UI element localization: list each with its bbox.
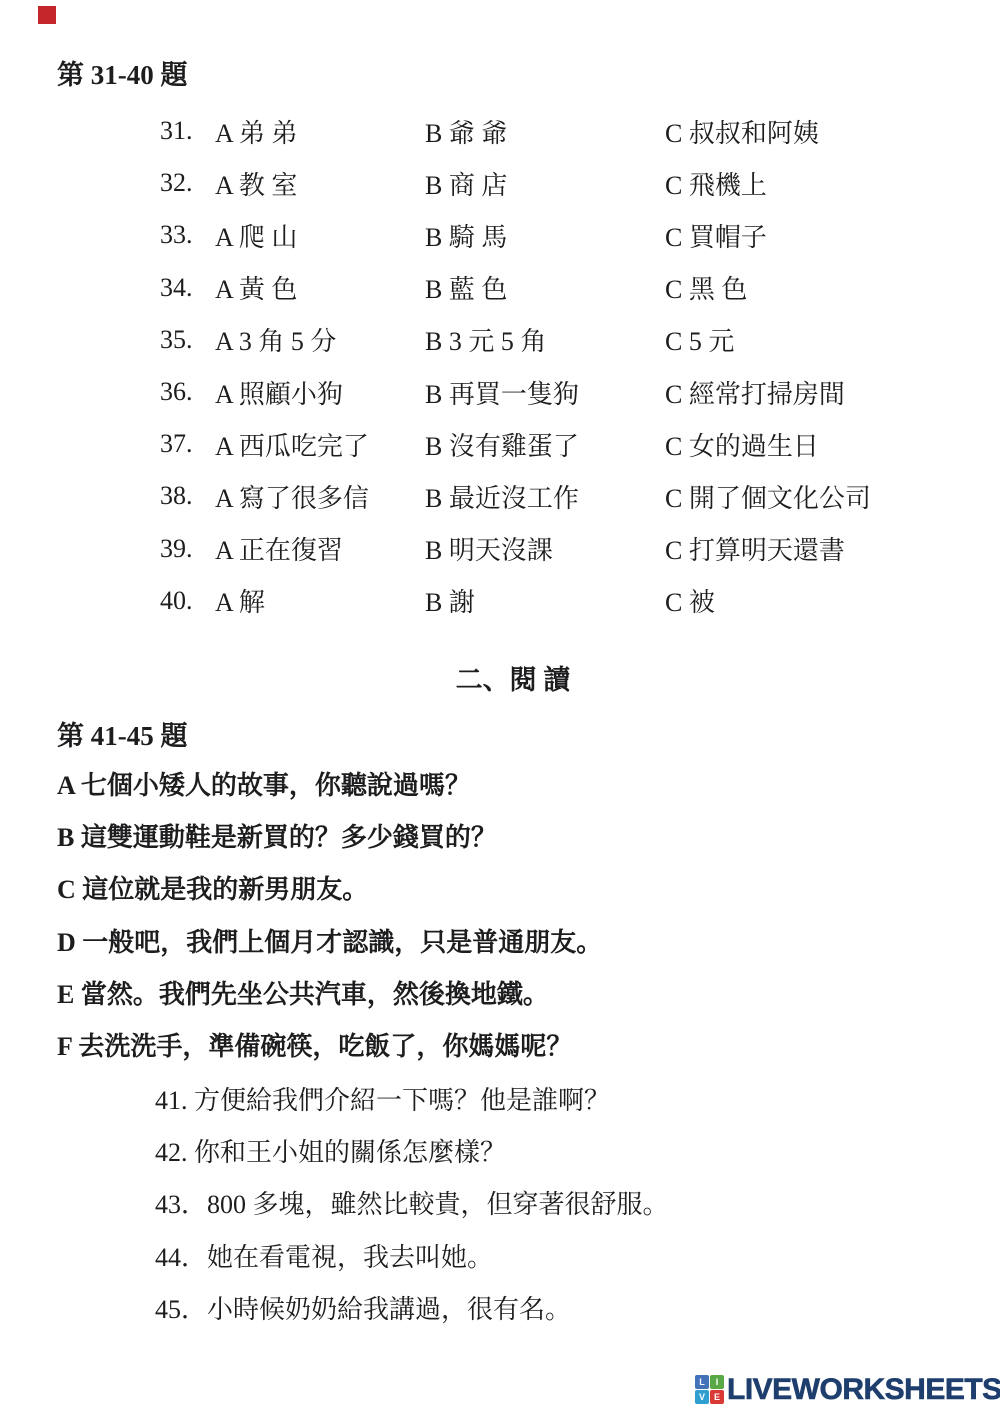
option-b: B 爺 爺 <box>425 113 665 150</box>
reading-questions-41-45: 41. 方便給我們介紹一下嗎？他是誰啊？ 42. 你和王小姐的關係怎麼樣？ 43… <box>155 1075 669 1336</box>
option-b: B 騎 馬 <box>425 217 665 254</box>
question-number: 40. <box>160 586 215 616</box>
reading-question-44: 44．她在看電視，我去叫她。 <box>155 1232 669 1284</box>
question-number: 37. <box>160 429 215 459</box>
option-c: C 打算明天還書 <box>665 530 970 567</box>
logo-square-i: I <box>710 1375 724 1389</box>
question-row-33: 33. A 爬 山 B 騎 馬 C 買帽子 <box>160 209 970 261</box>
option-a: A 弟 弟 <box>215 113 425 150</box>
option-b: B 最近沒工作 <box>425 478 665 515</box>
option-c: C 買帽子 <box>665 217 970 254</box>
option-a: A 解 <box>215 582 425 619</box>
option-b: B 再買一隻狗 <box>425 374 665 411</box>
question-row-36: 36. A 照顧小狗 B 再買一隻狗 C 經常打掃房間 <box>160 366 970 418</box>
question-row-37: 37. A 西瓜吃完了 B 沒有雞蛋了 C 女的過生日 <box>160 418 970 470</box>
question-number: 33. <box>160 220 215 250</box>
logo-square-l: L <box>695 1375 709 1389</box>
option-b: B 明天沒課 <box>425 530 665 567</box>
option-a: A 照顧小狗 <box>215 374 425 411</box>
liveworksheets-logo[interactable]: L I V E LIVEWORKSHEETS <box>695 1374 1000 1405</box>
liveworksheets-wordmark: LIVEWORKSHEETS <box>727 1374 1000 1405</box>
option-c: C 女的過生日 <box>665 426 970 463</box>
option-c: C 飛機上 <box>665 165 970 202</box>
question-row-35: 35. A 3 角 5 分 B 3 元 5 角 C 5 元 <box>160 314 970 366</box>
question-row-40: 40. A 解 B 謝 C 被 <box>160 575 970 627</box>
option-a: A 教 室 <box>215 165 425 202</box>
reading-option-c: C 這位就是我的新男朋友。 <box>57 864 602 916</box>
question-number: 32. <box>160 168 215 198</box>
reading-option-b: B 這雙運動鞋是新買的？多少錢買的？ <box>57 812 602 864</box>
questions-31-40-table: 31. A 弟 弟 B 爺 爺 C 叔叔和阿姨 32. A 教 室 B 商 店 … <box>160 105 970 627</box>
question-row-34: 34. A 黃 色 B 藍 色 C 黑 色 <box>160 262 970 314</box>
option-c: C 開了個文化公司 <box>665 478 970 515</box>
option-a: A 黃 色 <box>215 269 425 306</box>
question-number: 39. <box>160 534 215 564</box>
option-c: C 黑 色 <box>665 269 970 306</box>
question-number: 34. <box>160 273 215 303</box>
option-c: C 被 <box>665 582 970 619</box>
red-marker-square <box>38 6 56 24</box>
question-number: 38. <box>160 481 215 511</box>
liveworksheets-grid-icon: L I V E <box>695 1375 724 1404</box>
option-c: C 5 元 <box>665 321 970 358</box>
option-c: C 經常打掃房間 <box>665 374 970 411</box>
reading-question-41: 41. 方便給我們介紹一下嗎？他是誰啊？ <box>155 1075 669 1127</box>
option-b: B 沒有雞蛋了 <box>425 426 665 463</box>
reading-question-42: 42. 你和王小姐的關係怎麼樣？ <box>155 1127 669 1179</box>
reading-question-45: 45．小時候奶奶給我講過，很有名。 <box>155 1284 669 1336</box>
question-row-38: 38. A 寫了很多信 B 最近沒工作 C 開了個文化公司 <box>160 470 970 522</box>
question-row-39: 39. A 正在復習 B 明天沒課 C 打算明天還書 <box>160 523 970 575</box>
option-b: B 謝 <box>425 582 665 619</box>
option-a: A 正在復習 <box>215 530 425 567</box>
question-row-32: 32. A 教 室 B 商 店 C 飛機上 <box>160 157 970 209</box>
question-number: 31. <box>160 116 215 146</box>
option-a: A 爬 山 <box>215 217 425 254</box>
option-b: B 藍 色 <box>425 269 665 306</box>
question-number: 36. <box>160 377 215 407</box>
heading-questions-31-40: 第 31-40 題 <box>57 58 188 92</box>
reading-question-43: 43．800 多塊，雖然比較貴，但穿著很舒服。 <box>155 1179 669 1231</box>
option-a: A 西瓜吃完了 <box>215 426 425 463</box>
reading-section-title: 二、閱 讀 <box>0 663 1000 697</box>
worksheet-page: 第 31-40 題 31. A 弟 弟 B 爺 爺 C 叔叔和阿姨 32. A … <box>0 0 1000 1413</box>
logo-square-e: E <box>710 1390 724 1404</box>
option-b: B 3 元 5 角 <box>425 321 665 358</box>
option-a: A 3 角 5 分 <box>215 321 425 358</box>
option-a: A 寫了很多信 <box>215 478 425 515</box>
reading-option-e: E 當然。我們先坐公共汽車，然後換地鐵。 <box>57 969 602 1021</box>
reading-option-d: D 一般吧，我們上個月才認識，只是普通朋友。 <box>57 917 602 969</box>
question-number: 35. <box>160 325 215 355</box>
heading-questions-41-45: 第 41-45 題 <box>57 719 188 753</box>
reading-option-f: F 去洗洗手，準備碗筷，吃飯了，你媽媽呢？ <box>57 1021 602 1073</box>
reading-option-a: A 七個小矮人的故事，你聽說過嗎？ <box>57 760 602 812</box>
question-row-31: 31. A 弟 弟 B 爺 爺 C 叔叔和阿姨 <box>160 105 970 157</box>
reading-options-a-f: A 七個小矮人的故事，你聽說過嗎？ B 這雙運動鞋是新買的？多少錢買的？ C 這… <box>57 760 602 1073</box>
option-b: B 商 店 <box>425 165 665 202</box>
logo-square-v: V <box>695 1390 709 1404</box>
option-c: C 叔叔和阿姨 <box>665 113 970 150</box>
